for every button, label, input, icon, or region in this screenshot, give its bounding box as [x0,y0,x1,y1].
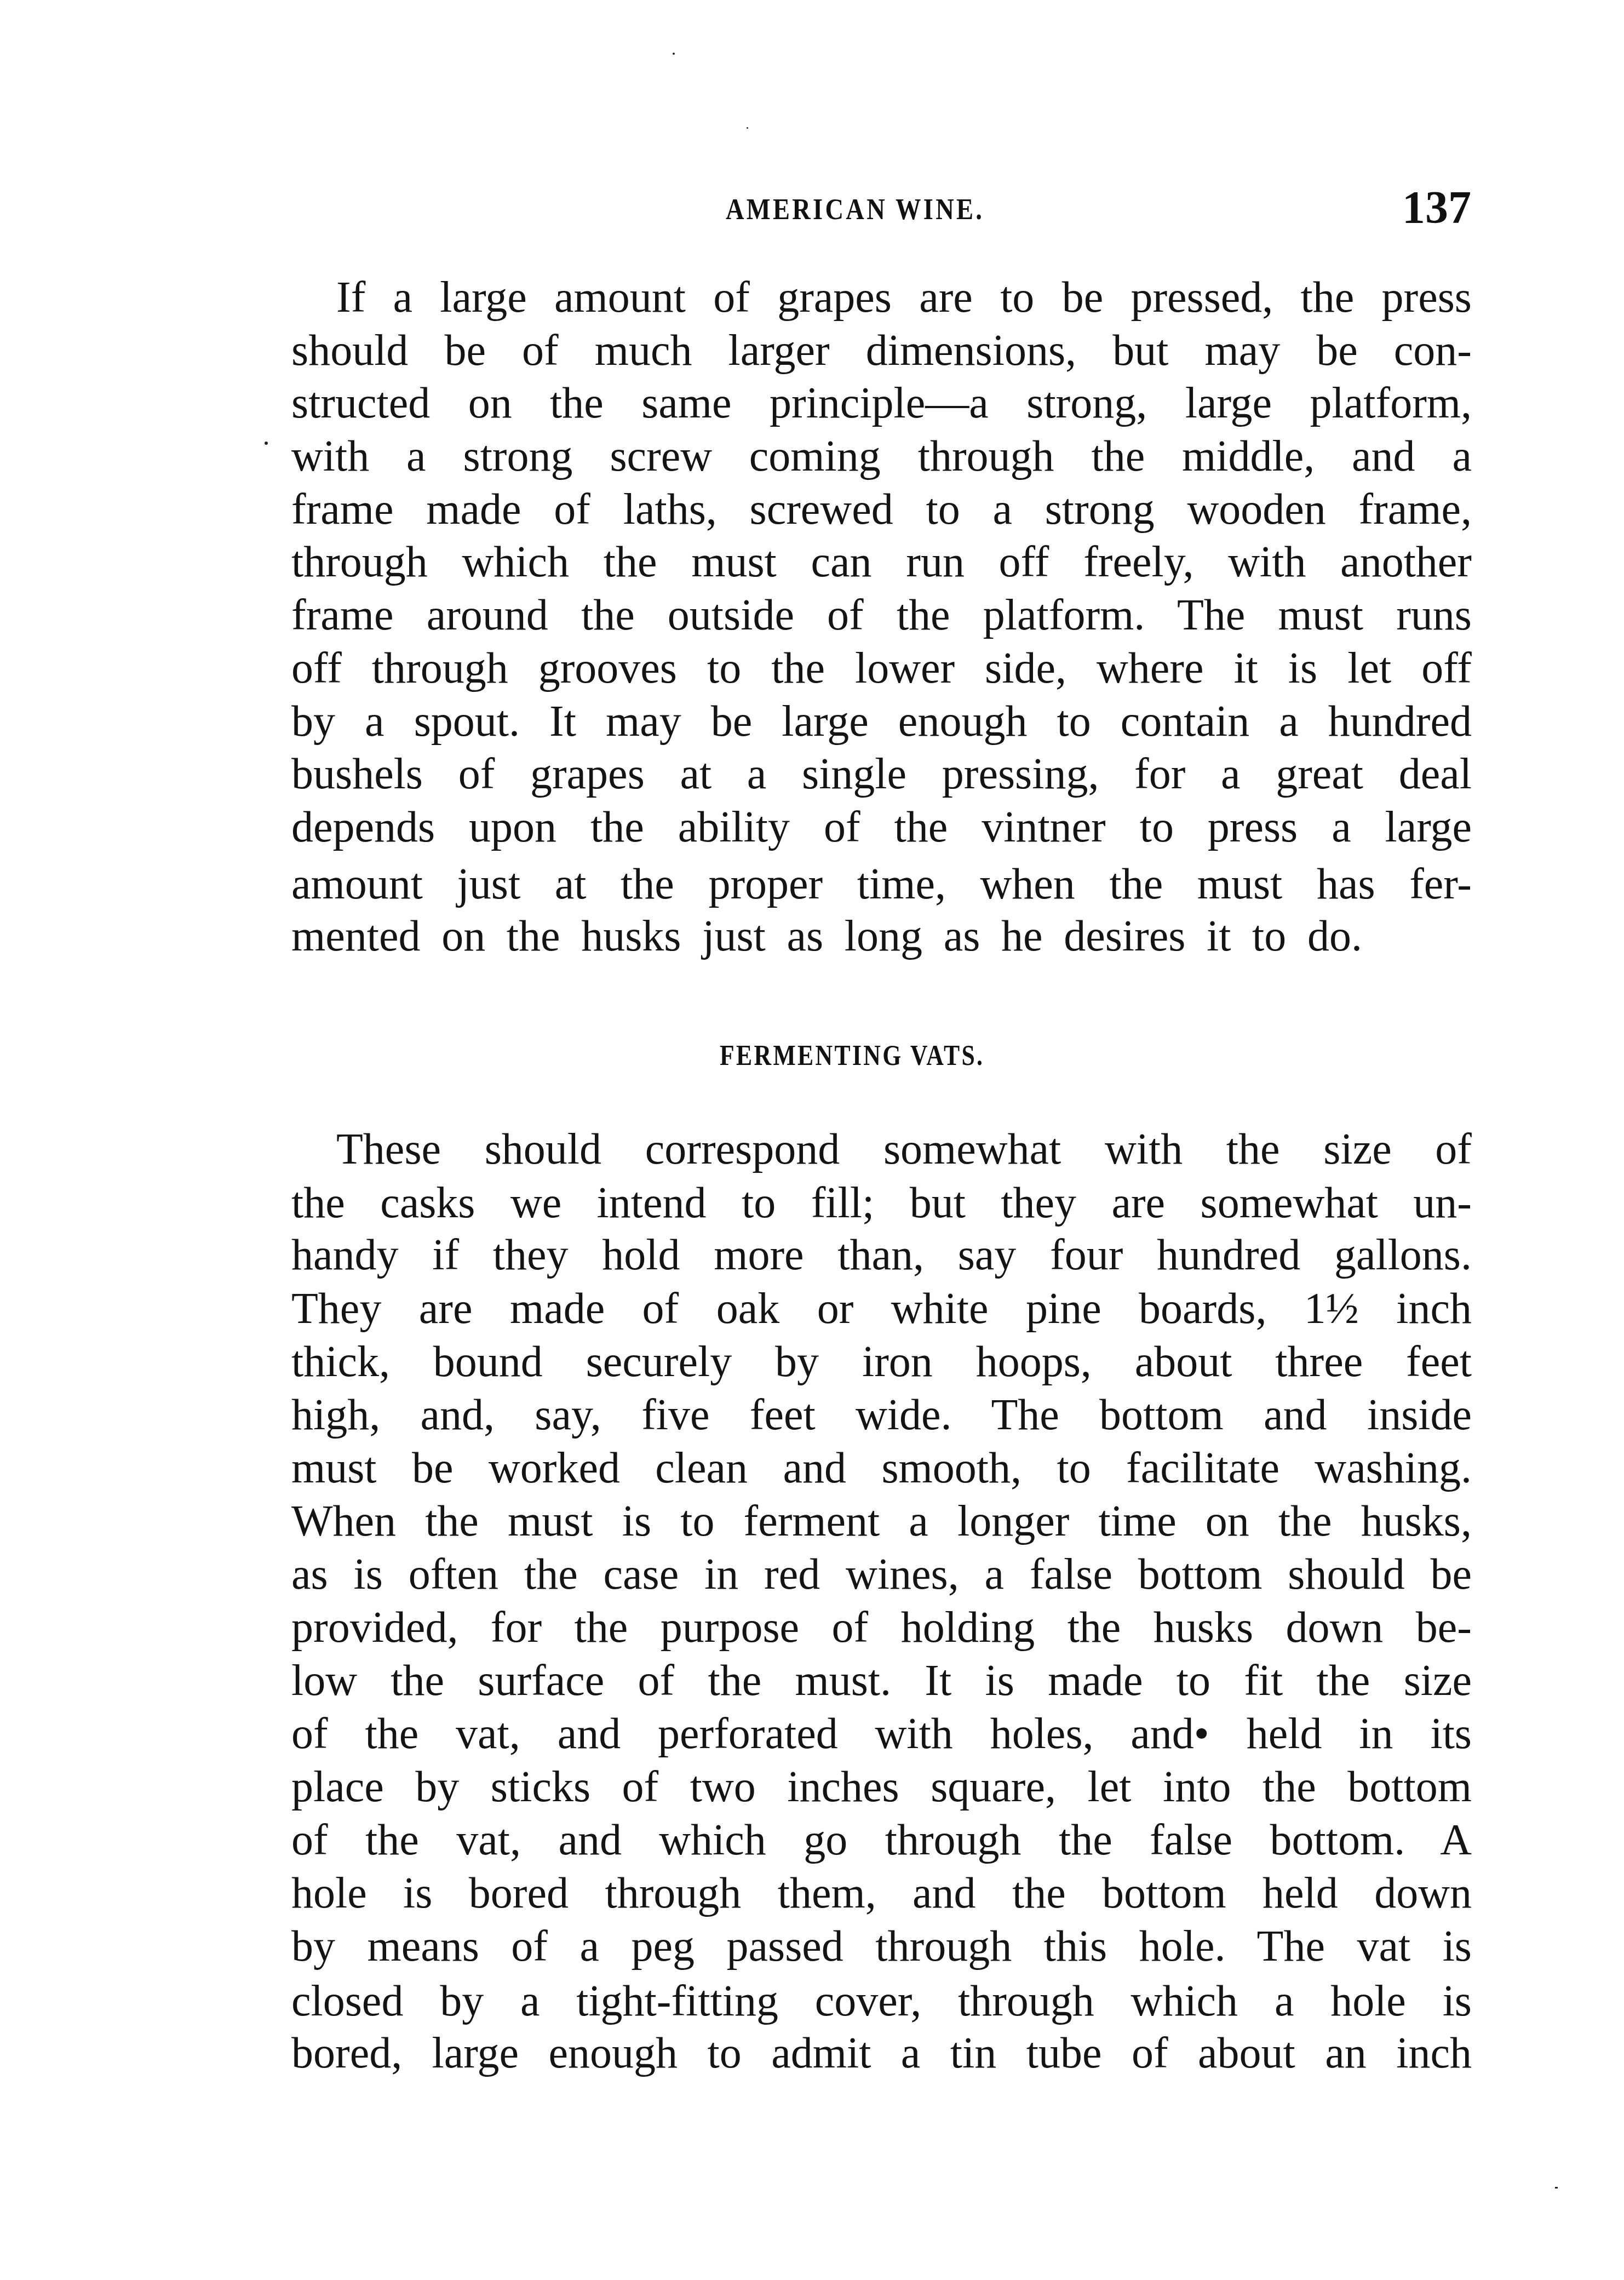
text-line: handy if they hold more than, say four h… [291,1228,1472,1282]
scan-speck [265,442,268,445]
page-number: 137 [1402,186,1471,230]
scan-speck [673,53,675,55]
text-line: the casks we intend to fill; but they ar… [291,1176,1472,1230]
text-line: amount just at the proper time, when the… [291,857,1472,912]
scan-speck [747,127,748,129]
text-line: depends upon the ability of the vintner … [291,800,1472,855]
text-line: by a spout. It may be large enough to co… [291,694,1472,749]
text-line: of the vat, and perforated with holes, a… [291,1706,1472,1761]
text-line: off through grooves to the lower side, w… [291,641,1472,696]
text-line: These should correspond somewhat with th… [336,1122,1472,1177]
text-line: They are made of oak or white pine board… [291,1281,1472,1336]
text-line: hole is bored through them, and the bott… [291,1866,1472,1921]
text-line: with a strong screw coming through the m… [291,429,1472,484]
text-line: should be of much larger dimensions, but… [291,323,1472,378]
text-line: bored, large enough to admit a tin tube … [291,2026,1472,2081]
text-line: mented on the husks just as long as he d… [291,909,1362,964]
text-line: If a large amount of grapes are to be pr… [336,270,1472,325]
book-page: AMERICAN WINE. 137 If a large amount of … [0,0,1624,2280]
text-line: frame around the outside of the platform… [291,588,1472,643]
text-line: place by sticks of two inches square, le… [291,1760,1472,1814]
text-line: provided, for the purpose of holding the… [291,1600,1472,1655]
text-line: by means of a peg passed through this ho… [291,1919,1472,1974]
text-line: When the must is to ferment a longer tim… [291,1494,1472,1549]
text-line: through which the must can run off freel… [291,535,1472,589]
section-heading: FERMENTING VATS. [720,1040,1014,1073]
text-line: must be worked clean and smooth, to faci… [291,1441,1472,1496]
text-line: as is often the case in red wines, a fal… [291,1547,1472,1602]
text-line: of the vat, and which go through the fal… [291,1813,1472,1867]
text-line: structed on the same principle—a strong,… [291,376,1472,431]
text-line: thick, bound securely by iron hoops, abo… [291,1334,1472,1389]
scan-speck [1555,2187,1558,2189]
text-line: high, and, say, five feet wide. The bott… [291,1388,1472,1442]
text-line: bushels of grapes at a single pressing, … [291,747,1472,801]
text-line: frame made of laths, screwed to a strong… [291,482,1472,537]
text-line: low the surface of the must. It is made … [291,1653,1472,1708]
text-line: closed by a tight-fitting cover, through… [291,1974,1472,2029]
running-title: AMERICAN WINE. [726,193,984,226]
